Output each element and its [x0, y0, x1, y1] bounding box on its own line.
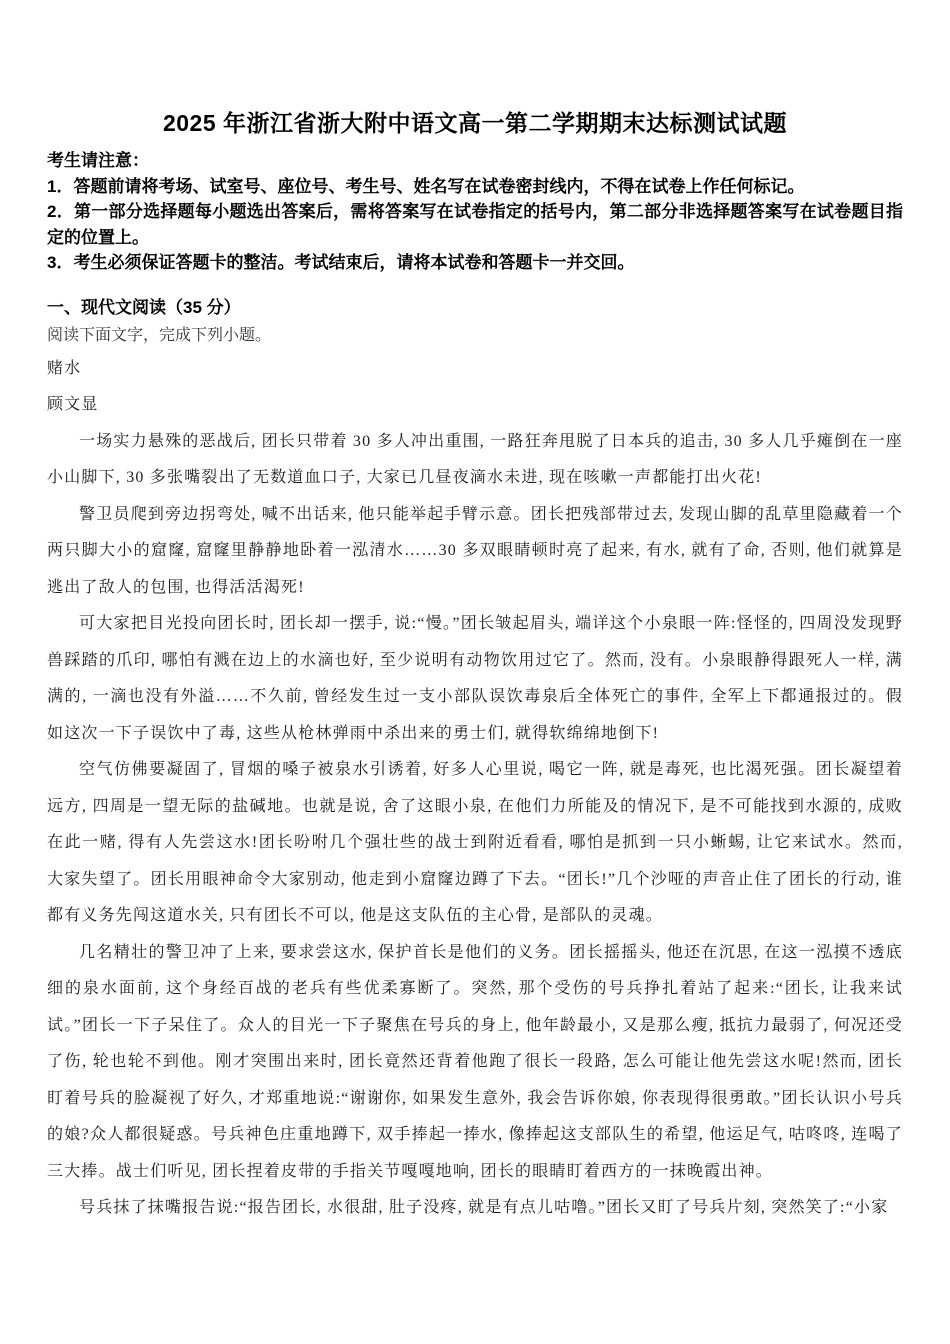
passage-paragraph: 一场实力悬殊的恶战后, 团长只带着 30 多人冲出重围, 一路狂奔甩脱了日本兵的… — [47, 424, 903, 497]
notice-item: 3．考生必须保证答题卡的整洁。考试结束后，请将本试卷和答题卡一并交回。 — [47, 250, 903, 276]
exam-paper-page: 2025 年浙江省浙大附中语文高一第二学期期末达标测试试题 考生请注意： 1．答… — [0, 0, 950, 1344]
page-title: 2025 年浙江省浙大附中语文高一第二学期期末达标测试试题 — [47, 108, 903, 138]
passage-paragraph: 警卫员爬到旁边拐弯处, 喊不出话来, 他只能举起手臂示意。团长把残部带过去, 发… — [47, 497, 903, 607]
passage-paragraph: 号兵抹了抹嘴报告说:“报告团长, 水很甜, 肚子没疼, 就是有点儿咕噜。”团长又… — [47, 1190, 903, 1227]
notice-item: 1．答题前请将考场、试室号、座位号、考生号、姓名写在试卷密封线内，不得在试卷上作… — [47, 174, 903, 200]
section-1-heading: 一、现代文阅读（35 分） — [47, 295, 903, 321]
passage-paragraph: 可大家把目光投向团长时, 团长却一摆手, 说:“慢。”团长皱起眉头, 端详这个小… — [47, 606, 903, 752]
notice-item: 2．第一部分选择题每小题选出答案后，需将答案写在试卷指定的括号内，第二部分非选择… — [47, 199, 903, 250]
passage-title: 赌水 — [47, 351, 903, 388]
reading-passage: 赌水 顾文显 一场实力悬殊的恶战后, 团长只带着 30 多人冲出重围, 一路狂奔… — [47, 351, 903, 1227]
notice-list: 1．答题前请将考场、试室号、座位号、考生号、姓名写在试卷密封线内，不得在试卷上作… — [47, 174, 903, 276]
notice-header: 考生请注意： — [47, 148, 903, 174]
passage-body: 一场实力悬殊的恶战后, 团长只带着 30 多人冲出重围, 一路狂奔甩脱了日本兵的… — [47, 424, 903, 1227]
passage-paragraph: 几名精壮的警卫冲了上来, 要求尝这水, 保护首长是他们的义务。团长摇摇头, 他还… — [47, 935, 903, 1191]
passage-paragraph: 空气仿佛要凝固了, 冒烟的嗓子被泉水引诱着, 好多人心里说, 喝它一阵, 就是毒… — [47, 752, 903, 935]
candidate-notice-section: 考生请注意： 1．答题前请将考场、试室号、座位号、考生号、姓名写在试卷密封线内，… — [47, 148, 903, 276]
passage-author: 顾文显 — [47, 387, 903, 424]
reading-instruction: 阅读下面文字，完成下列小题。 — [47, 321, 903, 351]
